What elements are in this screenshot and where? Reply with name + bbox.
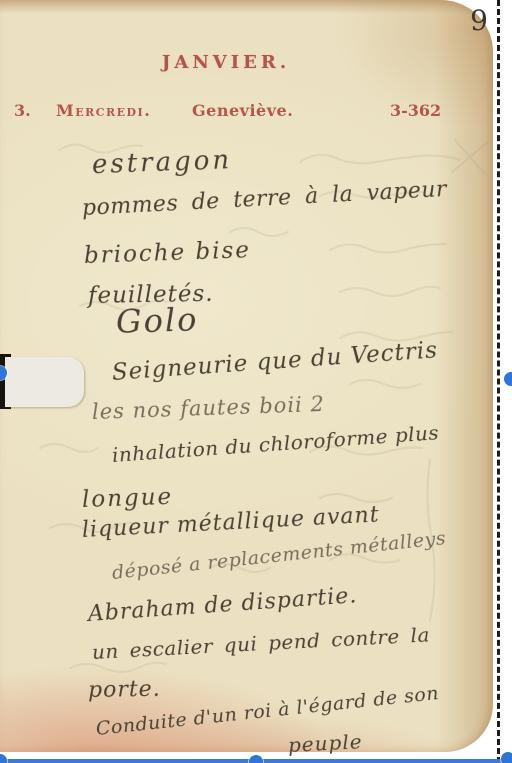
- handwriting-line: Golo: [115, 300, 199, 341]
- handwriting-line: pommes de terre à la vapeur: [81, 177, 447, 221]
- selection-handle-middle-right[interactable]: [504, 372, 512, 386]
- handwriting-line: longue: [82, 484, 174, 513]
- handwriting-line: porte.: [88, 677, 161, 703]
- handwriting-line: Seigneurie que du Vectris: [111, 337, 439, 386]
- bookmark-tab: [5, 357, 84, 407]
- weekday-label: Mercredi.: [56, 101, 151, 120]
- handwriting-line: un escalier qui pend contre la: [91, 622, 430, 664]
- handwriting-line: brioche bise: [84, 237, 252, 269]
- selection-handle-bottom-left[interactable]: [0, 754, 7, 763]
- handwriting-line: peuple: [287, 729, 363, 757]
- selection-handle-bottom-right[interactable]: [501, 752, 512, 763]
- day-number: 3.: [14, 101, 31, 120]
- saint-name-label: Geneviève.: [192, 101, 293, 120]
- date-line: 3. Mercredi. Geneviève. 3-362: [0, 101, 493, 123]
- handwriting-line: les nos fautes boii 2: [92, 392, 326, 424]
- day-count-label: 3-362: [390, 101, 441, 120]
- page-number: 9: [464, 4, 494, 37]
- month-header: JANVIER.: [0, 52, 452, 73]
- handwriting-line: estragon: [91, 145, 232, 180]
- selection-handle-bottom-center[interactable]: [249, 755, 263, 763]
- scan-viewer: JANVIER. 3. Mercredi. Geneviève. 3-362 9…: [0, 0, 512, 763]
- handwriting-line: inhalation du chloroforme plus: [111, 420, 440, 467]
- handwriting-line: Abraham de dispartie.: [87, 583, 358, 627]
- selection-border-right[interactable]: [497, 0, 500, 763]
